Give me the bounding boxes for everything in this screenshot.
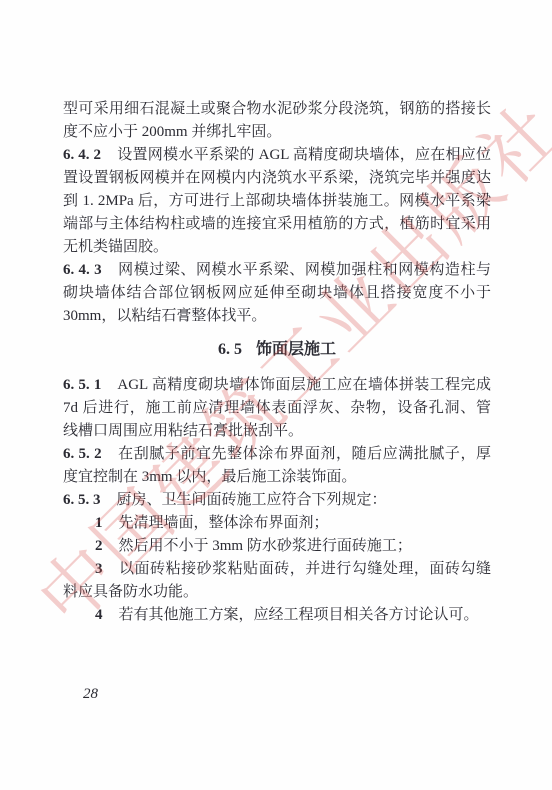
text-line: 无机类锚固胶。 bbox=[63, 236, 491, 259]
text-line: 6. 5. 2在刮腻子前宜先整体涂布界面剂，随后应满批腻子，厚 bbox=[63, 443, 491, 466]
item-number: 2 bbox=[95, 538, 103, 554]
line-text: 然后用不小于 3mm 防水砂浆进行面砖施工； bbox=[119, 538, 412, 554]
line-text: 先清理墙面，整体涂布界面剂； bbox=[119, 515, 329, 531]
section-number: 6. 5 bbox=[218, 341, 242, 358]
text-line: 30mm，以粘结石膏整体找平。 bbox=[63, 305, 491, 328]
text-line: 到 1. 2MPa 后，方可进行上部砌块墙体拼装施工。网模水平系梁 bbox=[63, 190, 491, 213]
clause-number: 6. 5. 1 bbox=[63, 377, 101, 393]
line-text: 以面砖粘接砂浆粘贴面砖，并进行勾缝处理，面砖勾缝 bbox=[119, 561, 492, 577]
list-item: 3以面砖粘接砂浆粘贴面砖，并进行勾缝处理，面砖勾缝 bbox=[63, 558, 491, 581]
page-number: 28 bbox=[83, 686, 98, 703]
list-item: 2然后用不小于 3mm 防水砂浆进行面砖施工； bbox=[63, 535, 491, 558]
section-title: 饰面层施工 bbox=[256, 341, 336, 358]
text-line: 料应具备防水功能。 bbox=[63, 581, 491, 604]
text-line: 砌块墙体结合部位钢板网应延伸至砌块墙体且搭接宽度不小于 bbox=[63, 282, 491, 305]
item-number: 3 bbox=[95, 561, 103, 577]
line-text: 到 1. 2MPa 后，方可进行上部砌块墙体拼装施工。网模水平系梁 bbox=[63, 193, 491, 209]
text-line: 置设置钢板网模并在网模内内浇筑水平系梁，浇筑完毕并强度达 bbox=[63, 167, 491, 190]
line-text: 在刮腻子前宜先整体涂布界面剂，随后应满批腻子，厚 bbox=[118, 446, 491, 462]
text-line: 度不应小于 200mm 并绑扎牢固。 bbox=[63, 121, 491, 144]
line-text: 网模过梁、网模水平系梁、网模加强柱和网模构造柱与 bbox=[118, 262, 491, 278]
clause-number: 6. 4. 2 bbox=[63, 147, 101, 163]
clause-number: 6. 5. 3 bbox=[63, 492, 101, 508]
line-text: 无机类锚固胶。 bbox=[63, 239, 168, 255]
section-header: 6. 5饰面层施工 bbox=[63, 338, 491, 361]
text-line: 端部与主体结构柱或墙的连接宜采用植筋的方式，植筋时宜采用 bbox=[63, 213, 491, 236]
text-line: 度宜控制在 3mm 以内，最后施工涂装饰面。 bbox=[63, 466, 491, 489]
line-text: 砌块墙体结合部位钢板网应延伸至砌块墙体且搭接宽度不小于 bbox=[63, 285, 491, 301]
line-text: 置设置钢板网模并在网模内内浇筑水平系梁，浇筑完毕并强度达 bbox=[63, 170, 491, 186]
line-text: 线槽口周围应用粘结石膏批嵌刮平。 bbox=[63, 423, 303, 439]
text-line: 型可采用细石混凝土或聚合物水泥砂浆分段浇筑，钢筋的搭接长 bbox=[63, 98, 491, 121]
document-page: 中国建筑工业出版社 型可采用细石混凝土或聚合物水泥砂浆分段浇筑，钢筋的搭接长 度… bbox=[0, 0, 552, 790]
line-text: 型可采用细石混凝土或聚合物水泥砂浆分段浇筑，钢筋的搭接长 bbox=[63, 101, 491, 117]
line-text: 设置网模水平系梁的 AGL 高精度砌块墙体，应在相应位 bbox=[117, 147, 491, 163]
line-text: 30mm，以粘结石膏整体找平。 bbox=[63, 308, 266, 324]
text-block: 型可采用细石混凝土或聚合物水泥砂浆分段浇筑，钢筋的搭接长 度不应小于 200mm… bbox=[63, 98, 491, 627]
item-number: 1 bbox=[95, 515, 103, 531]
clause-number: 6. 5. 2 bbox=[63, 446, 102, 462]
line-text: 度不应小于 200mm 并绑扎牢固。 bbox=[63, 124, 281, 140]
line-text: 度宜控制在 3mm 以内，最后施工涂装饰面。 bbox=[63, 469, 356, 485]
line-text: AGL 高精度砌块墙体饰面层施工应在墙体拼装工程完成 bbox=[117, 377, 491, 393]
text-line: 6. 5. 3厨房、卫生间面砖施工应符合下列规定： bbox=[63, 489, 491, 512]
line-text: 若有其他施工方案，应经工程项目相关各方讨论认可。 bbox=[119, 607, 479, 623]
list-item: 1先清理墙面，整体涂布界面剂； bbox=[63, 512, 491, 535]
clause-number: 6. 4. 3 bbox=[63, 262, 102, 278]
item-number: 4 bbox=[95, 607, 103, 623]
text-line: 6. 4. 3网模过梁、网模水平系梁、网模加强柱和网模构造柱与 bbox=[63, 259, 491, 282]
text-line: 线槽口周围应用粘结石膏批嵌刮平。 bbox=[63, 420, 491, 443]
line-text: 料应具备防水功能。 bbox=[63, 584, 198, 600]
text-line: 7d 后进行，施工前应清理墙体表面浮灰、杂物，设备孔洞、管 bbox=[63, 397, 491, 420]
line-text: 厨房、卫生间面砖施工应符合下列规定： bbox=[117, 492, 387, 508]
line-text: 7d 后进行，施工前应清理墙体表面浮灰、杂物，设备孔洞、管 bbox=[63, 400, 491, 416]
text-line: 6. 5. 1AGL 高精度砌块墙体饰面层施工应在墙体拼装工程完成 bbox=[63, 374, 491, 397]
line-text: 端部与主体结构柱或墙的连接宜采用植筋的方式，植筋时宜采用 bbox=[63, 216, 491, 232]
list-item: 4若有其他施工方案，应经工程项目相关各方讨论认可。 bbox=[63, 604, 491, 627]
text-line: 6. 4. 2设置网模水平系梁的 AGL 高精度砌块墙体，应在相应位 bbox=[63, 144, 491, 167]
